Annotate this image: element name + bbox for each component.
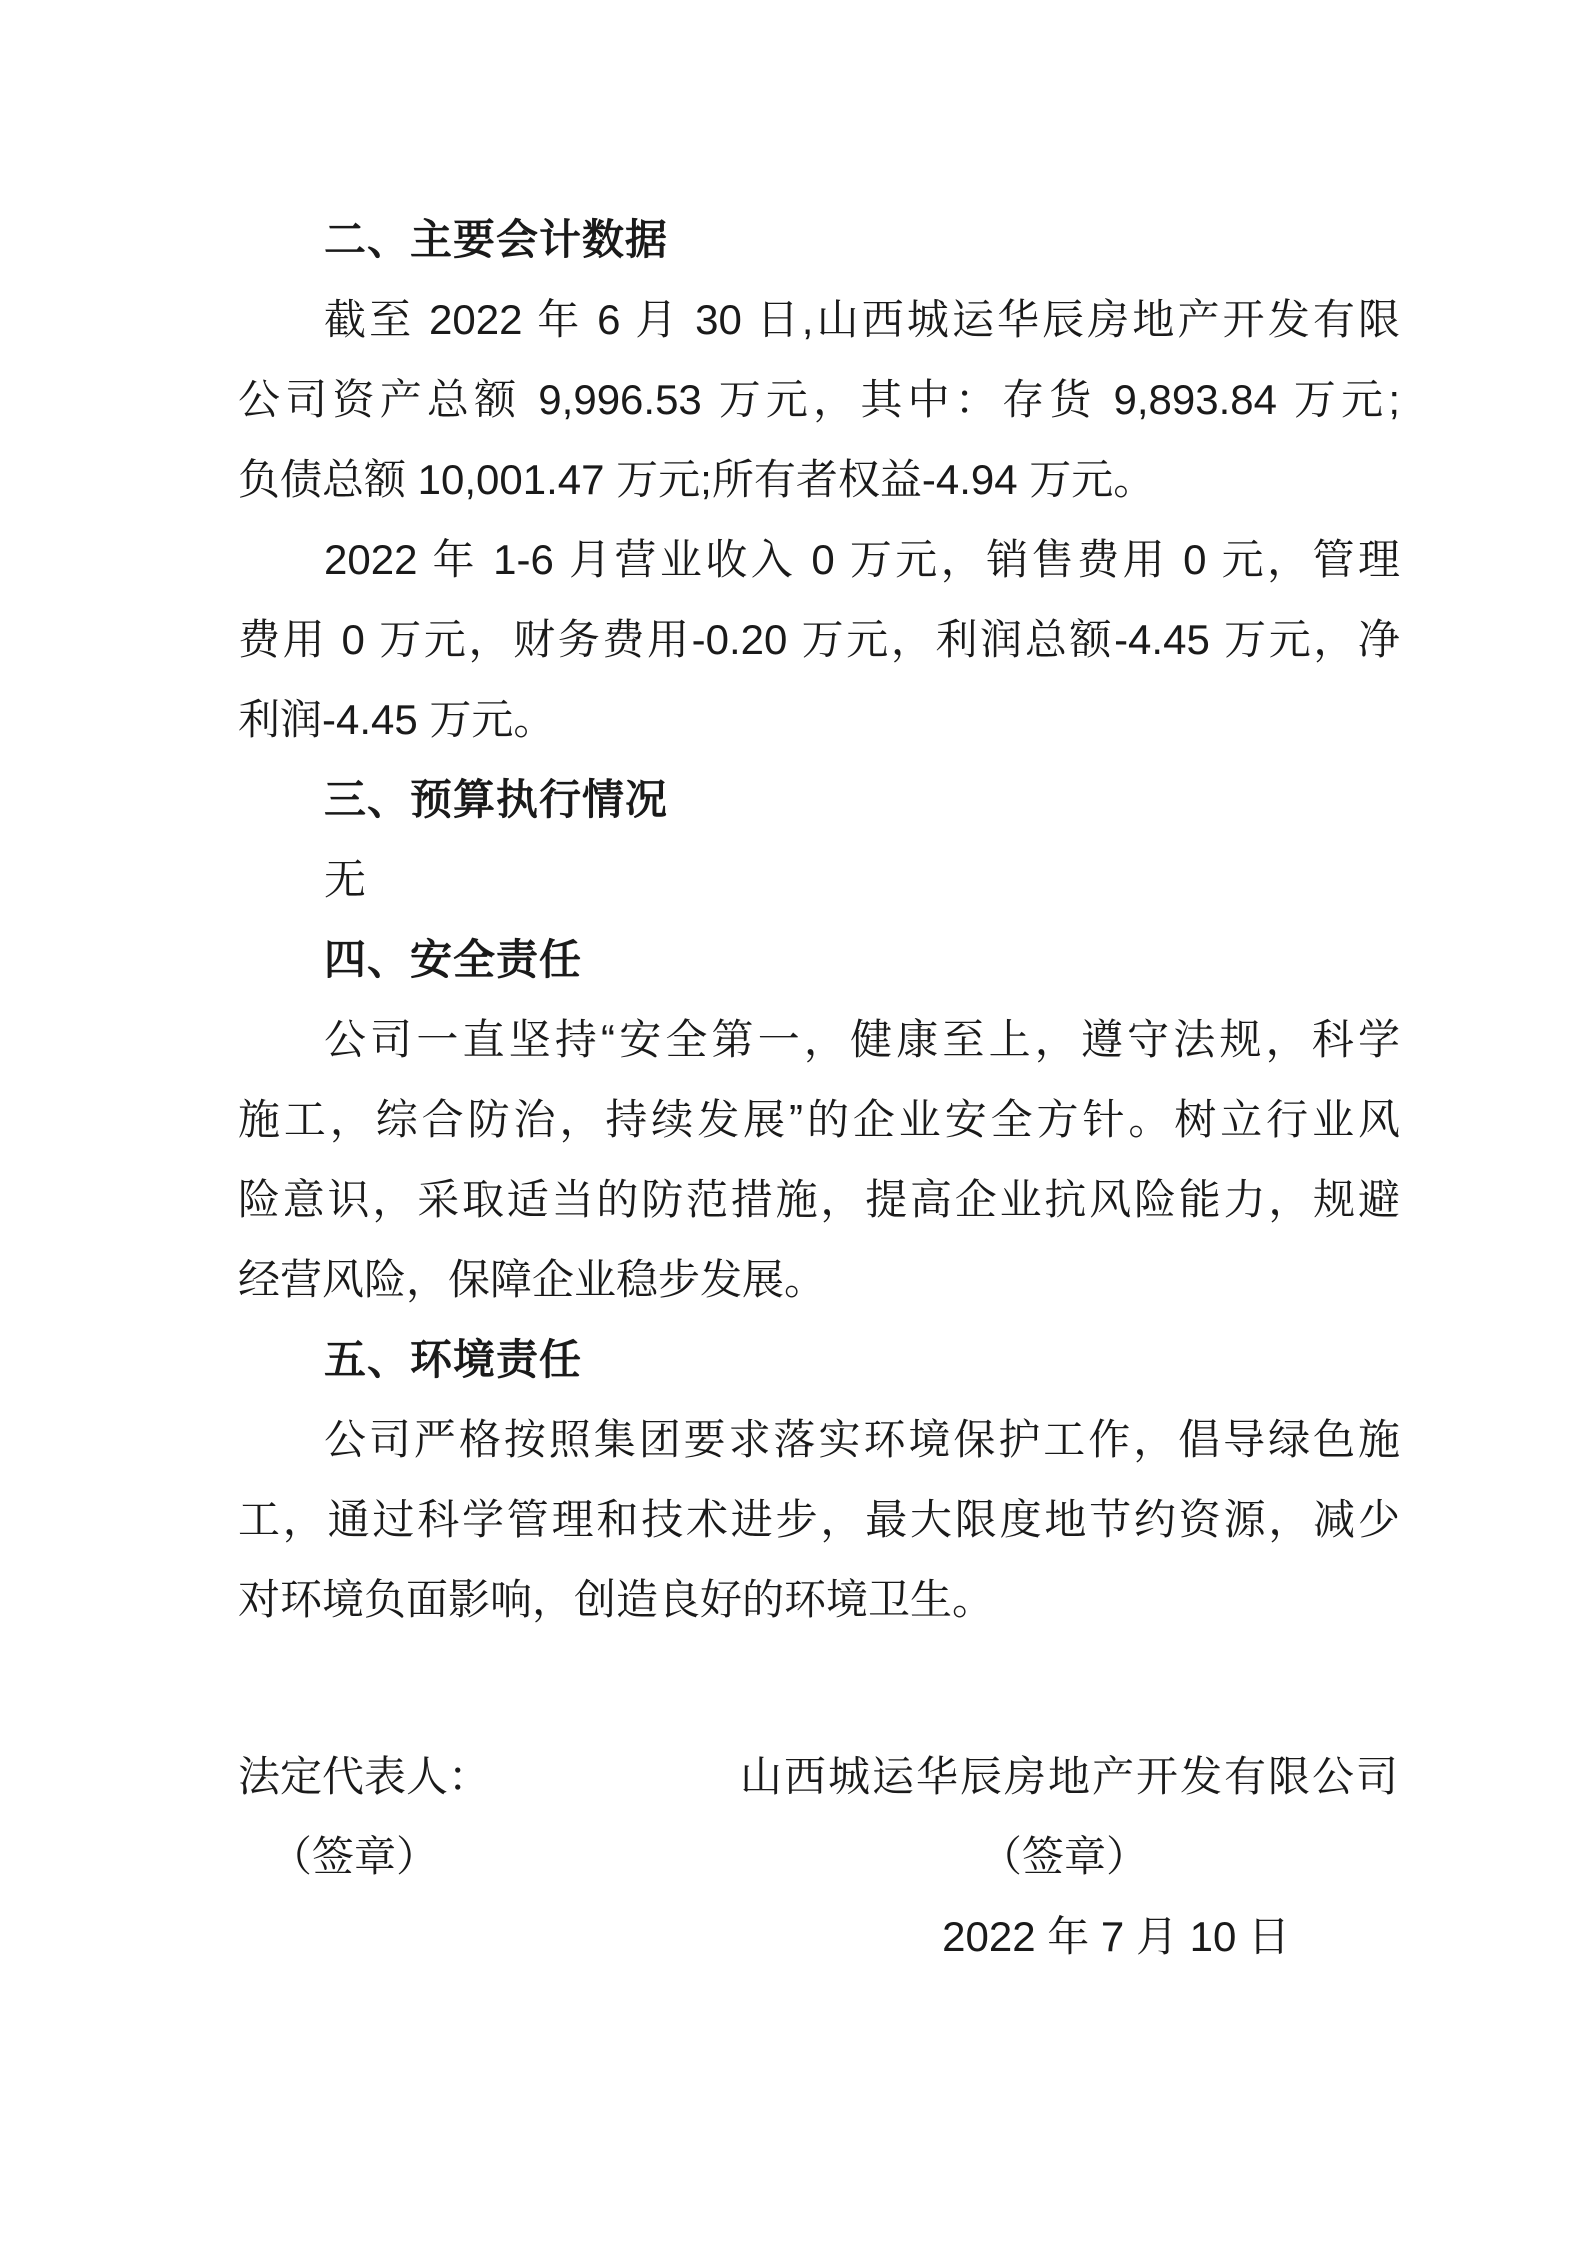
body-line: 公司严格按照集团要求落实环境保护工作，倡导绿色施 <box>238 1400 1400 1480</box>
body-line: 截至 2022 年 6 月 30 日,山西城运华辰房地产开发有限 <box>238 280 1400 360</box>
body-line: 工，通过科学管理和技术进步，最大限度地节约资源，减少 <box>238 1480 1400 1560</box>
section-heading-budget-execution: 三、预算执行情况 <box>238 760 1400 840</box>
seal-label-left: （签章） <box>270 1817 438 1897</box>
body-line: 2022 年 1-6 月营业收入 0 万元，销售费用 0 元，管理 <box>238 520 1400 600</box>
body-line: 险意识，采取适当的防范措施，提高企业抗风险能力，规避 <box>238 1160 1400 1240</box>
seal-row: （签章） （签章） <box>238 1817 1400 1897</box>
seal-label-right: （签章） <box>980 1817 1148 1897</box>
signature-row: 法定代表人： 山西城运华辰房地产开发有限公司 <box>238 1737 1400 1817</box>
body-line: 施工，综合防治，持续发展”的企业安全方针。树立行业风 <box>238 1080 1400 1160</box>
body-line: 对环境负面影响，创造良好的环境卫生。 <box>238 1560 1400 1640</box>
legal-representative-label: 法定代表人： <box>238 1737 490 1817</box>
date-row: 2022 年 7 月 10 日 <box>238 1897 1400 1977</box>
body-line: 经营风险，保障企业稳步发展。 <box>238 1240 1400 1320</box>
body-line: 利润-4.45 万元。 <box>238 680 1400 760</box>
report-date: 2022 年 7 月 10 日 <box>942 1897 1290 1977</box>
body-line: 公司资产总额 9,996.53 万元，其中：存货 9,893.84 万元; <box>238 360 1400 440</box>
signature-block: 法定代表人： 山西城运华辰房地产开发有限公司 （签章） （签章） 2022 年 … <box>238 1737 1400 1977</box>
section-heading-main-accounting-data: 二、主要会计数据 <box>238 200 1400 280</box>
document-page: 二、主要会计数据 截至 2022 年 6 月 30 日,山西城运华辰房地产开发有… <box>0 0 1587 2245</box>
body-line: 费用 0 万元，财务费用-0.20 万元，利润总额-4.45 万元，净 <box>238 600 1400 680</box>
company-name: 山西城运华辰房地产开发有限公司 <box>740 1737 1400 1817</box>
section-heading-environmental-responsibility: 五、环境责任 <box>238 1320 1400 1400</box>
body-line: 公司一直坚持“安全第一，健康至上，遵守法规，科学 <box>238 1000 1400 1080</box>
document-body: 二、主要会计数据 截至 2022 年 6 月 30 日,山西城运华辰房地产开发有… <box>238 200 1400 1977</box>
body-line: 负债总额 10,001.47 万元;所有者权益-4.94 万元。 <box>238 440 1400 520</box>
section-heading-safety-responsibility: 四、安全责任 <box>238 920 1400 1000</box>
body-line: 无 <box>238 840 1400 920</box>
